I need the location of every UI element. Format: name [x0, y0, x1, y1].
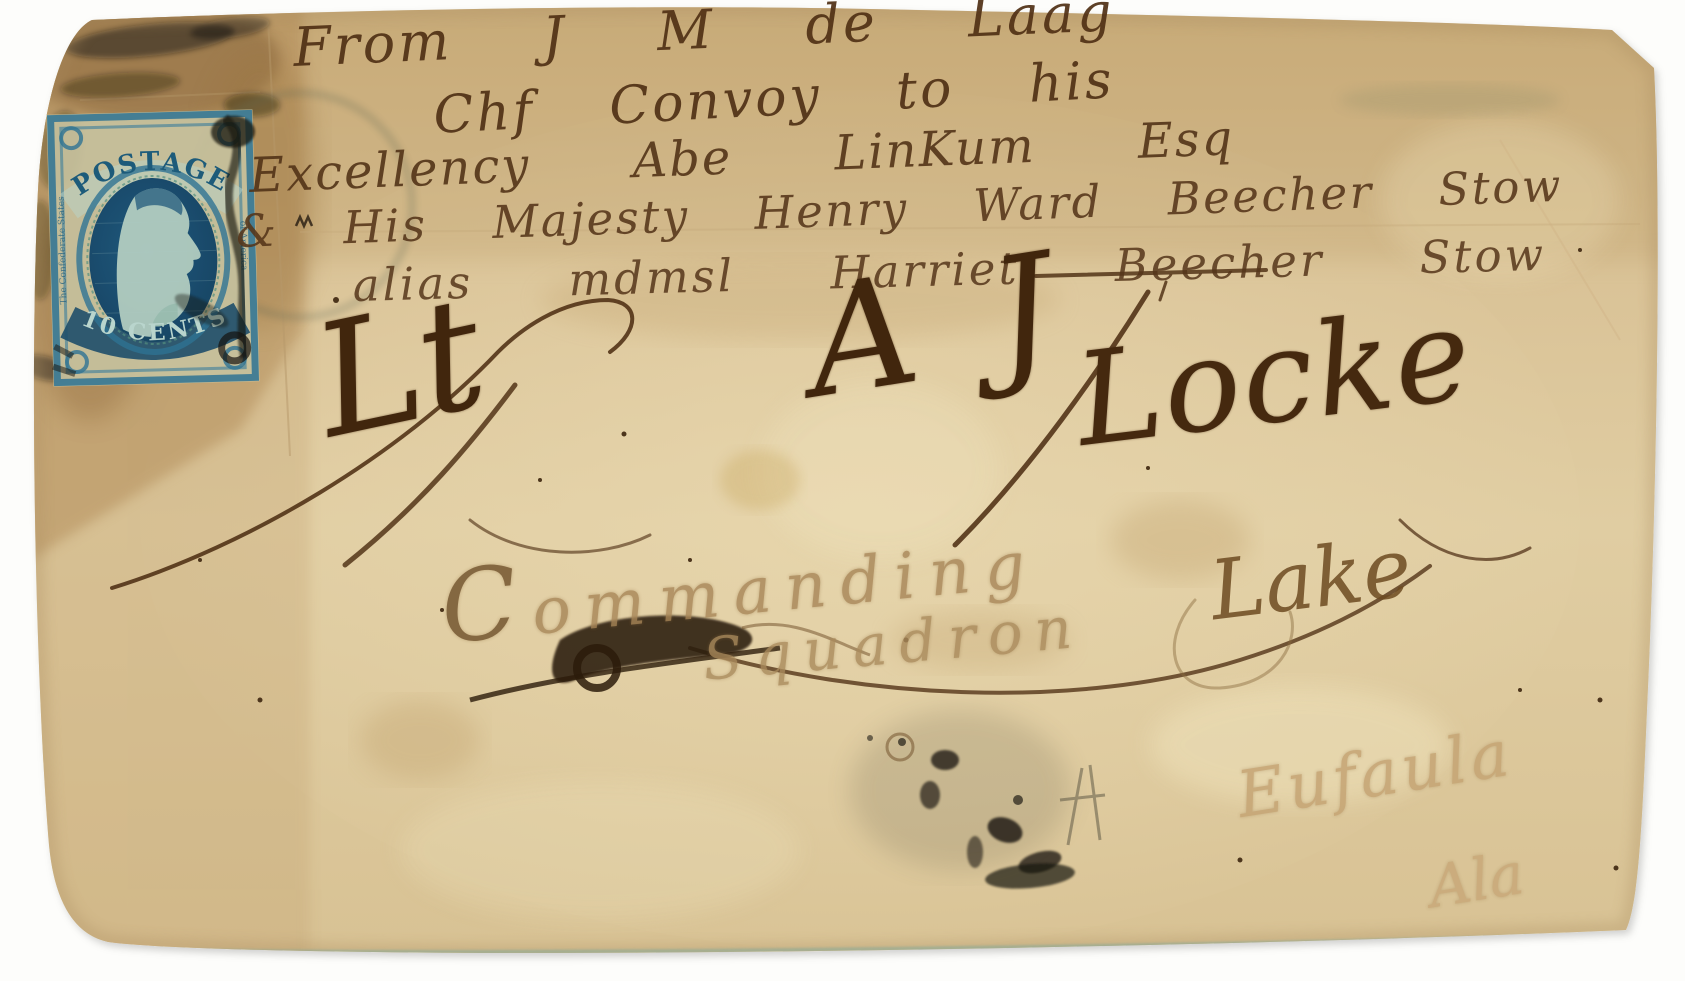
envelope-art: POSTAGE 10 CENTS The Confederate States … — [0, 0, 1685, 981]
postage-stamp: POSTAGE 10 CENTS The Confederate States … — [46, 109, 261, 386]
scanned-envelope-photo: POSTAGE 10 CENTS The Confederate States … — [0, 0, 1685, 981]
